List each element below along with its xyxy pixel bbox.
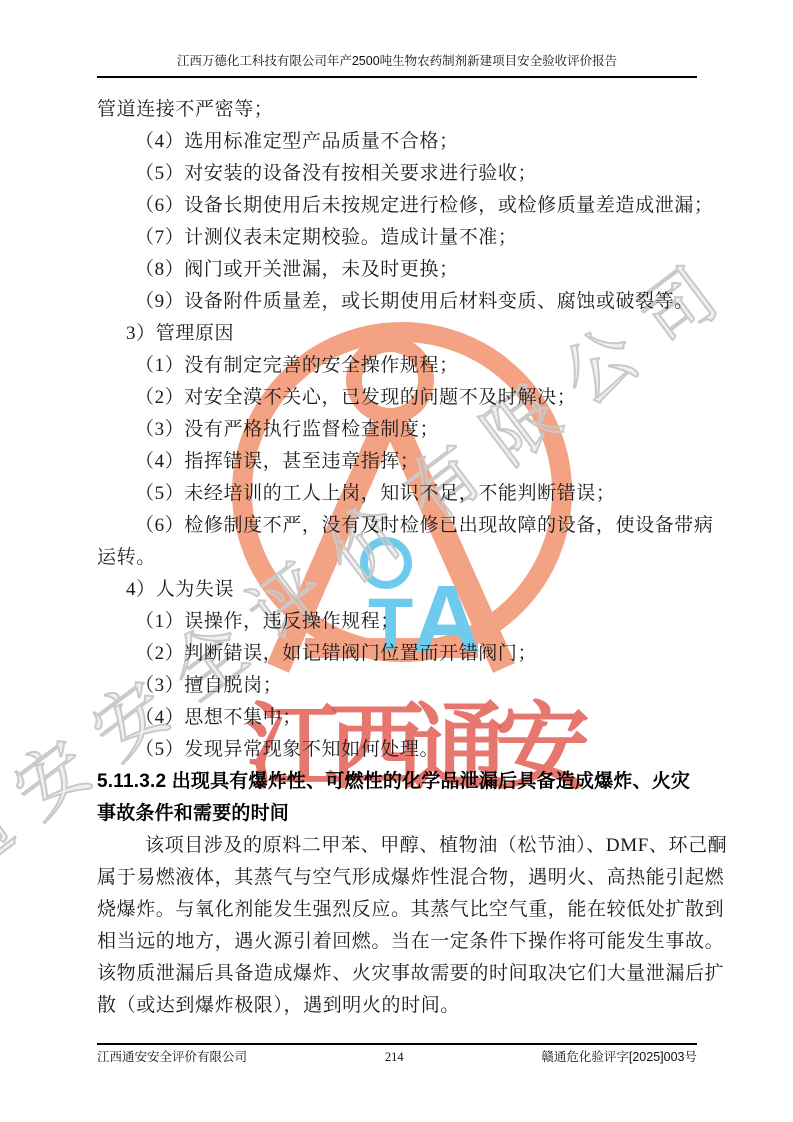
text-line: 该项目涉及的原料二甲苯、甲醇、植物油（松节油）、DMF、环己酮	[97, 830, 697, 862]
page-header: 江西万德化工科技有限公司年产2500吨生物农药制剂新建项目安全验收评价报告	[97, 53, 697, 78]
text-line: 运转。	[97, 542, 697, 574]
text-line: 烧爆炸。与氧化剂能发生强烈反应。其蒸气比空气重，能在较低处扩散到	[97, 894, 697, 926]
text-line: （3）擅自脱岗；	[97, 670, 697, 702]
text-line: （5）对安装的设备没有按相关要求进行验收；	[97, 158, 697, 190]
page-footer: 江西通安安全评价有限公司 214 赣通危化验评字[2025]003号	[97, 1043, 697, 1065]
text-line: （3）没有严格执行监督检查制度；	[97, 414, 697, 446]
text-line: 散（或达到爆炸极限），遇到明火的时间。	[97, 990, 697, 1022]
text-line: （6）设备长期使用后未按规定进行检修，或检修质量差造成泄漏；	[97, 190, 697, 222]
footer-doc-number: 赣通危化验评字[2025]003号	[541, 1049, 697, 1065]
footer-page-number: 214	[385, 1049, 404, 1065]
text-line: （1）没有制定完善的安全操作规程；	[97, 350, 697, 382]
text-line: （2）对安全漠不关心，已发现的问题不及时解决；	[97, 382, 697, 414]
text-line: （2）判断错误，如记错阀门位置而开错阀门；	[97, 638, 697, 670]
text-line: （4）选用标准定型产品质量不合格；	[97, 126, 697, 158]
text-line: （1）误操作，违反操作规程；	[97, 606, 697, 638]
text-line: 4）人为失误	[97, 574, 697, 606]
document-body: 管道连接不严密等；（4）选用标准定型产品质量不合格；（5）对安装的设备没有按相关…	[97, 94, 697, 1022]
document-page: 江西通安安全评价有限公司 T A 江西通安 江西万德化工科技有限公司年产2500…	[0, 0, 793, 1122]
text-line: （6）检修制度不严，没有及时检修已出现故障的设备，使设备带病	[97, 510, 697, 542]
text-line: 事故条件和需要的时间	[97, 798, 697, 830]
text-line: （5）未经培训的工人上岗，知识不足，不能判断错误；	[97, 478, 697, 510]
text-line: （8）阀门或开关泄漏，未及时更换；	[97, 254, 697, 286]
text-line: 该物质泄漏后具备造成爆炸、火灾事故需要的时间取决它们大量泄漏后扩	[97, 958, 697, 990]
text-line: （4）指挥错误，甚至违章指挥；	[97, 446, 697, 478]
text-line: 相当远的地方，遇火源引着回燃。当在一定条件下操作将可能发生事故。	[97, 926, 697, 958]
text-line: （7）计测仪表未定期校验。造成计量不准；	[97, 222, 697, 254]
header-title: 江西万德化工科技有限公司年产2500吨生物农药制剂新建项目安全验收评价报告	[177, 54, 617, 68]
text-line: 3）管理原因	[97, 318, 697, 350]
text-line: 5.11.3.2 出现具有爆炸性、可燃性的化学品泄漏后具备造成爆炸、火灾	[97, 766, 697, 798]
text-line: （9）设备附件质量差，或长期使用后材料变质、腐蚀或破裂等。	[97, 286, 697, 318]
text-line: （5）发现异常现象不知如何处理。	[97, 734, 697, 766]
text-line: 属于易燃液体，其蒸气与空气形成爆炸性混合物，遇明火、高热能引起燃	[97, 862, 697, 894]
text-line: （4）思想不集中；	[97, 702, 697, 734]
text-line: 管道连接不严密等；	[97, 94, 697, 126]
footer-company: 江西通安安全评价有限公司	[97, 1049, 247, 1065]
